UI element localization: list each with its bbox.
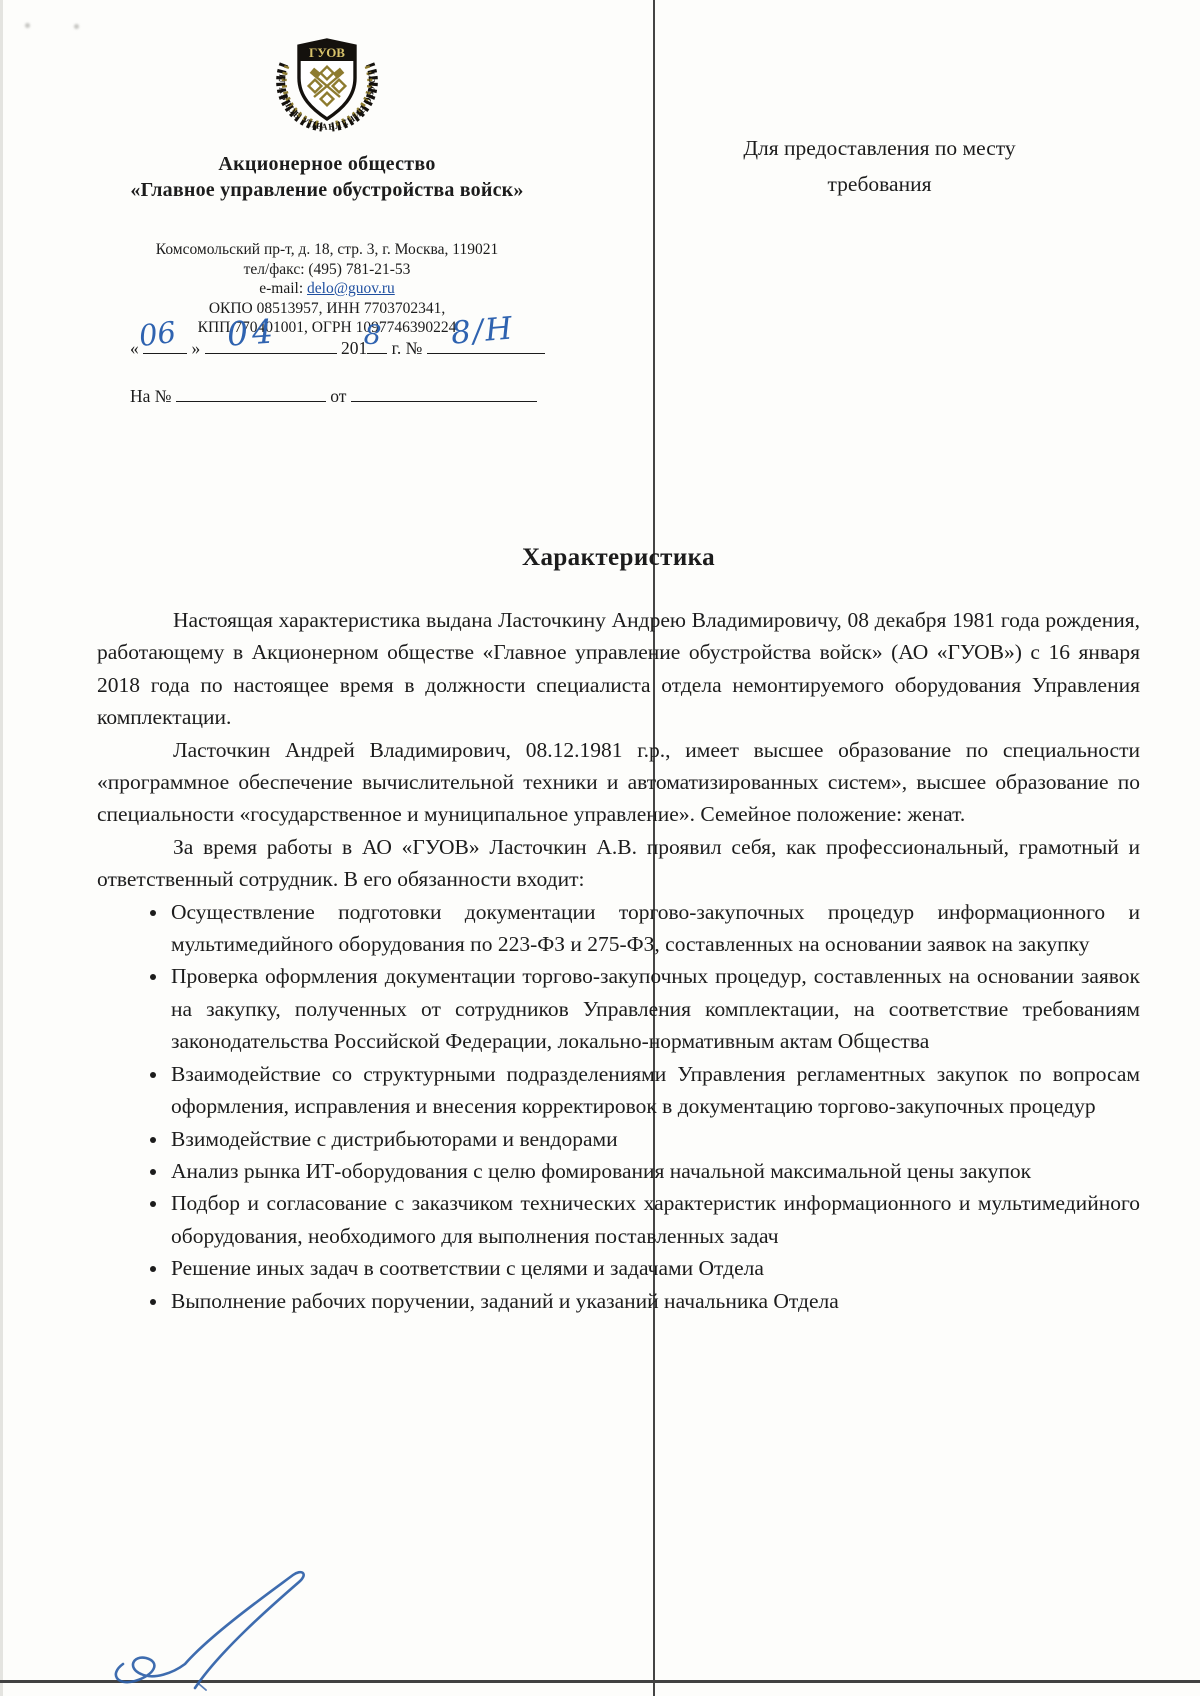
scanned-document-page: ГЛАВНОЕ УПРАВЛЕНИЕ ОБУСТРОЙСТВА ВОЙСК ГУ… [0, 0, 1200, 1696]
list-item: Подбор и согласование с заказчиком техни… [169, 1187, 1140, 1252]
paragraph: Ласточкин Андрей Владимирович, 08.12.198… [97, 734, 1140, 831]
email-label: e-mail: [259, 280, 303, 297]
pencil-smudge [74, 24, 79, 29]
na-blank [176, 381, 326, 402]
quote-close: » [192, 338, 201, 358]
day-slot: 06 [143, 333, 187, 354]
month-slot: 04 [205, 333, 337, 354]
number-slot: 8/Н [427, 333, 545, 354]
scan-left-edge [0, 0, 3, 1696]
email-link[interactable]: delo@guov.ru [307, 280, 395, 297]
na-label: На № [130, 386, 171, 406]
list-item: Проверка оформления документации торгово… [169, 960, 1140, 1057]
ot-label: от [330, 386, 346, 406]
org-contact-block: Комсомольский пр-т, д. 18, стр. 3, г. Мо… [97, 240, 557, 338]
list-item: Взимодействие с дистрибьюторами и вендор… [169, 1123, 1140, 1155]
list-item: Выполнение рабочих поручении, заданий и … [169, 1285, 1140, 1317]
guov-emblem-icon: ГЛАВНОЕ УПРАВЛЕНИЕ ОБУСТРОЙСТВА ВОЙСК ГУ… [264, 28, 390, 144]
year-slot: 8 [367, 333, 387, 354]
emblem-shield-text: ГУОВ [309, 45, 345, 60]
org-name-line2: «Главное управление обустройства войск» [97, 179, 557, 202]
ot-blank [351, 381, 537, 402]
org-phone: тел/факс: (495) 781-21-53 [97, 260, 557, 280]
year-printed: 201 [341, 338, 367, 358]
recipient-note-line1: Для предоставления по месту [662, 130, 1097, 166]
pencil-smudge [25, 23, 30, 28]
letterhead: ГЛАВНОЕ УПРАВЛЕНИЕ ОБУСТРОЙСТВА ВОЙСК ГУ… [97, 28, 557, 338]
paragraph: Настоящая характеристика выдана Ласточки… [97, 604, 1140, 734]
org-address: Комсомольский пр-т, д. 18, стр. 3, г. Мо… [97, 240, 557, 260]
list-item: Взаимодействие со структурными подраздел… [169, 1058, 1140, 1123]
date-number-line: « 06 » 04 201 8 г. № 8/Н [130, 333, 610, 359]
list-item: Решение иных задач в соответствии с целя… [169, 1252, 1140, 1284]
handwritten-signature [103, 1566, 338, 1691]
list-item: Осуществление подготовки документации то… [169, 896, 1140, 961]
quote-open: « [130, 338, 139, 358]
document-body: Настоящая характеристика выдана Ласточки… [97, 604, 1140, 1317]
list-item: Анализ рынка ИТ-оборудования с целю фоми… [169, 1155, 1140, 1187]
after-year-label: г. № [392, 338, 423, 358]
duties-list: Осуществление подготовки документации то… [97, 896, 1140, 1317]
org-codes-line1: ОКПО 08513957, ИНН 7703702341, [97, 299, 557, 319]
recipient-note-line2: требования [662, 166, 1097, 202]
recipient-note: Для предоставления по месту требования [662, 130, 1097, 202]
org-email-line: e-mail: delo@guov.ru [97, 279, 557, 299]
reference-line: На № от [130, 381, 610, 407]
org-name-line1: Акционерное общество [97, 153, 557, 176]
document-title: Характеристика [97, 544, 1140, 572]
paragraph: За время работы в АО «ГУОВ» Ласточкин А.… [97, 831, 1140, 896]
